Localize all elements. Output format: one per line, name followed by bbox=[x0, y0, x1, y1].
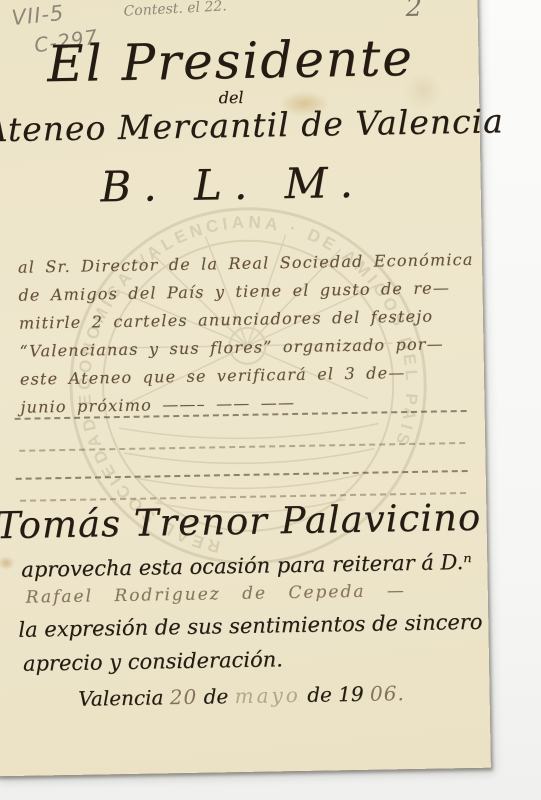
paper-stain bbox=[0, 556, 15, 570]
catalog-reference-1: VII-5 bbox=[11, 1, 66, 30]
letterhead-institution: Ateneo Mercantil de Valencia bbox=[0, 102, 480, 150]
filler-dashes bbox=[19, 442, 465, 452]
dateline-year: 06. bbox=[370, 681, 405, 706]
addressee-name: Rafael Rodriguez de Cepeda — bbox=[26, 581, 406, 608]
dateline-particle-1: de bbox=[203, 684, 228, 708]
dateline-particle-2: de 19 bbox=[307, 682, 364, 707]
salutation-blm: B. L. M. bbox=[0, 156, 481, 214]
dateline-city: Valencia bbox=[78, 685, 164, 710]
sender-name: Tomás Trenor Palavicino bbox=[0, 496, 487, 548]
dateline: Valencia 20 de mayo de 19 06. bbox=[0, 680, 490, 713]
reply-annotation: Contest. el 22. bbox=[123, 0, 227, 20]
letter-paper: REAL SOCIEDAD ECONOMICA VALENCIANA · DE … bbox=[0, 0, 491, 776]
filler-dashes bbox=[16, 470, 468, 480]
closing-line-2: la expresión de sus sentimientos de sinc… bbox=[18, 610, 483, 642]
dateline-day: 20 bbox=[170, 685, 198, 709]
closing-line-3: aprecio y consideración. bbox=[23, 647, 283, 676]
page-number: 2 bbox=[405, 0, 422, 23]
dateline-month: mayo bbox=[234, 683, 301, 708]
closing-line-1: aprovecha esta ocasión para reiterar á D… bbox=[21, 550, 472, 582]
handwritten-body: al Sr. Director de la Real Sociedad Econ… bbox=[18, 246, 477, 422]
